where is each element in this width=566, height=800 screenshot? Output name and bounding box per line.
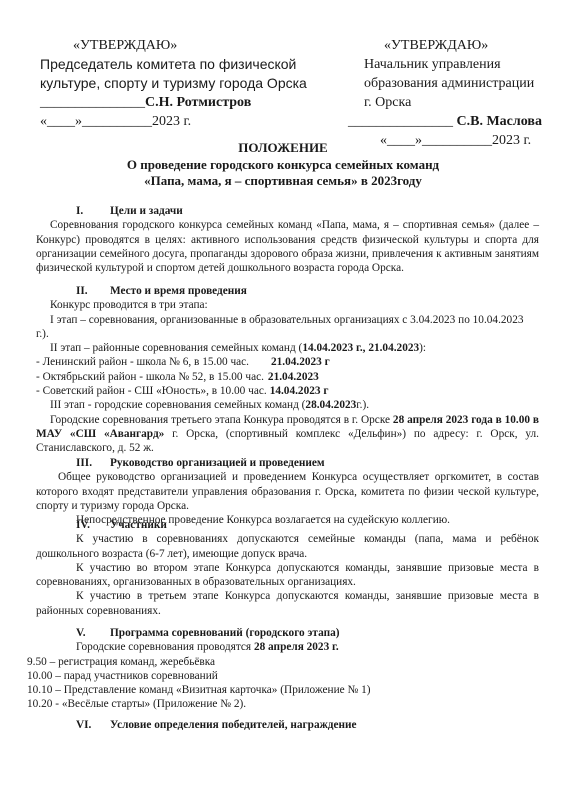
district-date: 21.04.2023 (268, 371, 319, 383)
stage-1: I этап – соревнования, организованные в … (36, 313, 539, 342)
stage-3-end: г.). (356, 399, 369, 411)
district-item: - Октябрьский район - школа № 52, в 15.0… (36, 370, 539, 384)
schedule-item: 9.50 – регистрация команд, жеребьёвка (27, 655, 539, 669)
district-item: - Ленинский район - школа № 6, в 15.00 ч… (36, 355, 539, 369)
district-text: - Ленинский район - школа № 6, в 15.00 ч… (36, 356, 249, 368)
approval-header: «УТВЕРЖДАЮ» (348, 36, 558, 55)
program-date: 28 апреля 2023 г. (254, 641, 339, 653)
signatory-name: С.В. Маслова (457, 114, 542, 129)
stage-2: II этап – районные соревнования семейных… (36, 341, 539, 355)
signature-blank: _______________ (348, 114, 453, 129)
section-number: V. (36, 626, 110, 640)
section-number: II. (36, 284, 110, 298)
section-paragraph: Соревнования городского конкурса семейны… (36, 218, 539, 275)
section-heading: II.Место и время проведения (36, 284, 539, 298)
program-intro: Городские соревнования проводятся (76, 641, 254, 653)
section-heading: IV.Участники (36, 518, 539, 532)
district-item: - Советский район - СШ «Юность», в 10.00… (36, 384, 539, 398)
district-date: 14.04.2023 г (270, 385, 329, 397)
stage-3-date: 28.04.2023 (305, 399, 356, 411)
section-6: VI.Условие определения победителей, нагр… (36, 718, 539, 732)
approval-block-left: «УТВЕРЖДАЮ» Председатель комитета по физ… (40, 36, 310, 131)
stage-2-dates: 14.04.2023 г., 21.04.2023 (302, 342, 419, 354)
city-text: Городские соревнования третьего этапа Ко… (50, 414, 393, 426)
signature-line: _______________ С.В. Маслова (348, 112, 558, 131)
stage-2-end: ): (419, 342, 426, 354)
section-1: I.Цели и задачи Соревнования городского … (36, 204, 539, 275)
signature-blank: _______________ (40, 95, 145, 110)
title-line-3: «Папа, мама, я – спортивная семья» в 202… (0, 173, 566, 190)
section-number: I. (36, 204, 110, 218)
signatory-name: С.Н. Ротмистров (145, 95, 251, 110)
section-title: Условие определения победителей, награжд… (110, 718, 357, 732)
document-title: ПОЛОЖЕНИЕ О проведение городского конкур… (0, 140, 566, 190)
section-4: IV.Участники К участию в соревнованиях д… (36, 518, 539, 618)
schedule-item: 10.00 – парад участников соревнований (27, 669, 539, 683)
district-text: - Советский район - СШ «Юность», в 10.00… (36, 385, 267, 397)
section-paragraph: К участию в третьем этапе Конкурса допус… (36, 589, 539, 618)
section-5: V.Программа соревнований (городского эта… (36, 626, 539, 712)
section-paragraph: Общее руководство организацией и проведе… (36, 470, 539, 513)
section-heading: I.Цели и задачи (36, 204, 539, 218)
section-paragraph: Конкурс проводится в три этапа: (36, 298, 539, 312)
schedule-list: 9.50 – регистрация команд, жеребьёвка 10… (27, 655, 539, 712)
district-date: 21.04.2023 г (271, 356, 330, 368)
title-line-1: ПОЛОЖЕНИЕ (0, 140, 566, 157)
section-paragraph: К участию в соревнованиях допускаются се… (36, 532, 539, 561)
approver-position-line: г. Орска (348, 93, 558, 112)
section-title: Цели и задачи (110, 204, 183, 218)
section-title: Место и время проведения (110, 284, 247, 298)
section-number: VI. (36, 718, 110, 732)
signature-line: _______________С.Н. Ротмистров (40, 93, 310, 112)
section-heading: V.Программа соревнований (городского эта… (36, 626, 539, 640)
title-line-2: О проведение городского конкурса семейны… (0, 157, 566, 174)
stage-2-text: II этап – районные соревнования семейных… (50, 342, 302, 354)
city-stage-paragraph: Городские соревнования третьего этапа Ко… (36, 413, 539, 456)
section-title: Участники (110, 518, 167, 532)
section-heading: III.Руководство организацией и проведени… (36, 456, 539, 470)
section-heading: VI.Условие определения победителей, нагр… (36, 718, 539, 732)
section-2: II.Место и время проведения Конкурс пров… (36, 284, 539, 456)
section-number: III. (36, 456, 110, 470)
stage-3: III этап - городские соревнования семейн… (36, 398, 539, 412)
district-text: - Октябрьский район - школа № 52, в 15.0… (36, 371, 264, 383)
section-title: Руководство организацией и проведением (110, 456, 325, 470)
approval-date: «____»__________2023 г. (40, 112, 310, 131)
approval-block-right: «УТВЕРЖДАЮ» Начальник управления образов… (348, 36, 558, 150)
approver-position-line: образования администрации (348, 74, 558, 93)
section-paragraph: К участию во втором этапе Конкурса допус… (36, 561, 539, 590)
schedule-item: 10.20 - «Весёлые старты» (Приложение № 2… (27, 697, 539, 711)
schedule-item: 10.10 – Представление команд «Визитная к… (27, 683, 539, 697)
section-3: III.Руководство организацией и проведени… (36, 456, 539, 527)
approval-header: «УТВЕРЖДАЮ» (40, 36, 310, 55)
section-number: IV. (36, 518, 110, 532)
approver-position-line: Начальник управления (348, 55, 558, 74)
approver-position-line: культуре, спорту и туризму города Орска (40, 74, 310, 93)
approver-position-line: Председатель комитета по физической (40, 55, 310, 74)
section-title: Программа соревнований (городского этапа… (110, 626, 340, 640)
stage-3-text: III этап - городские соревнования семейн… (50, 399, 305, 411)
section-paragraph: Городские соревнования проводятся 28 апр… (36, 640, 539, 654)
